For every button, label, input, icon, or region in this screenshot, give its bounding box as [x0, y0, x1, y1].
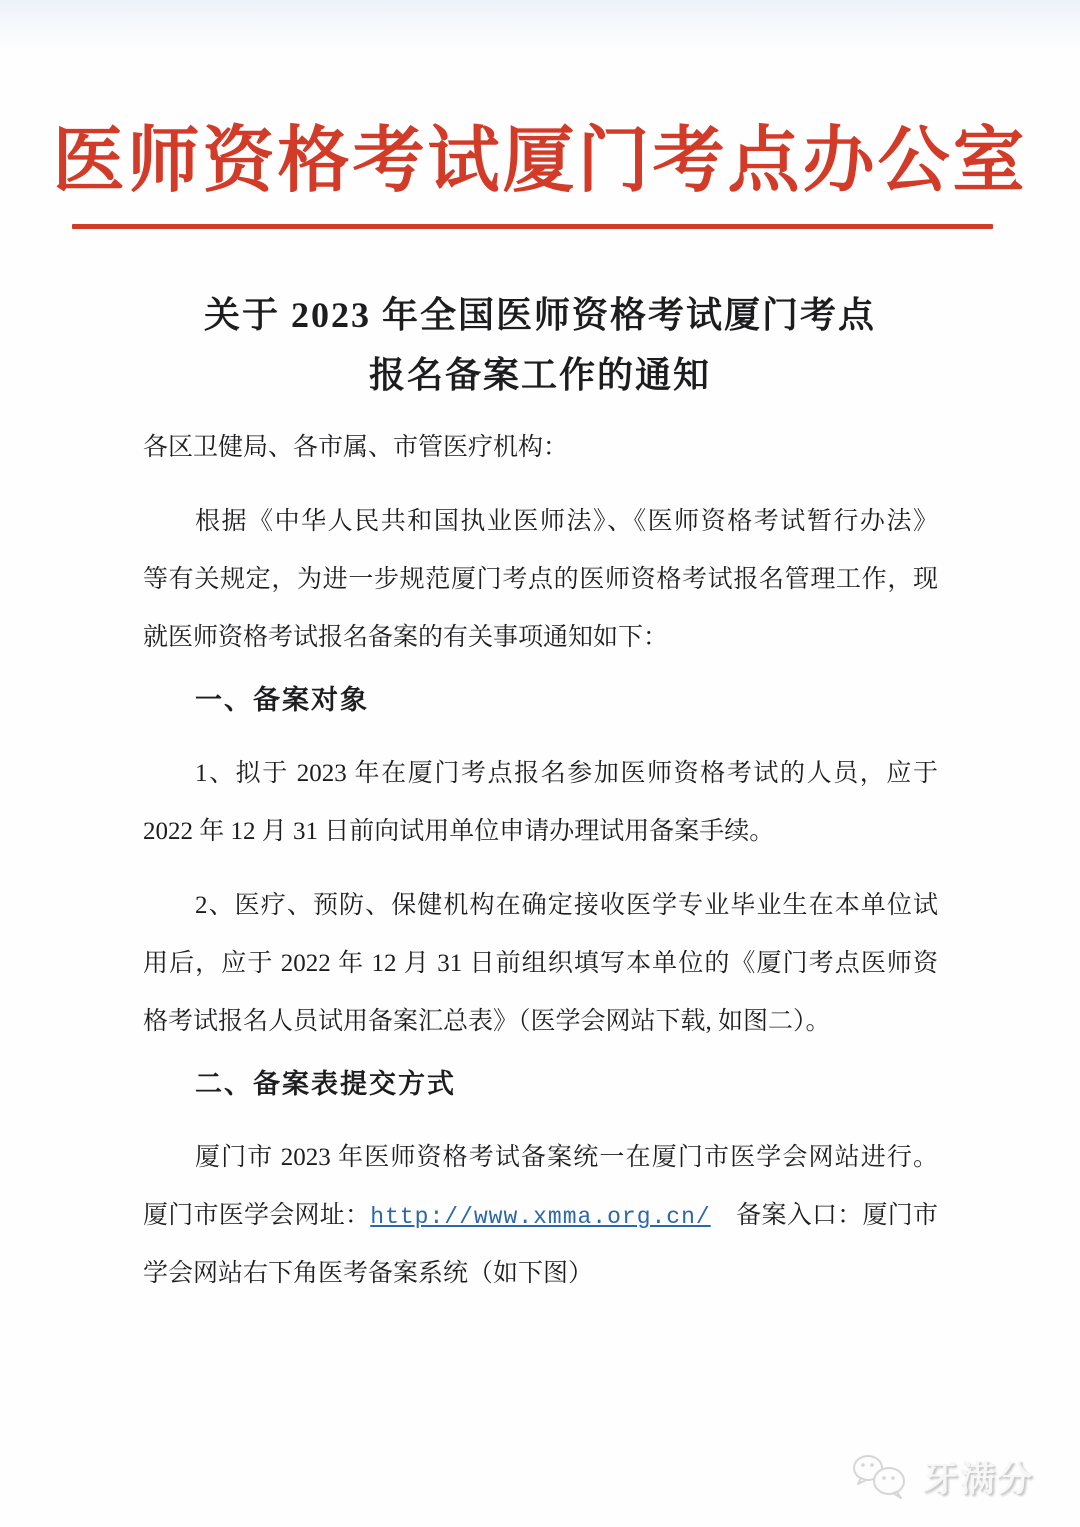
doc-title-line-2: 报名备案工作的通知: [0, 345, 1080, 405]
notice-body: 各区卫健局、各市属、市管医疗机构： 根据《中华人民共和国执业医师法》、《医师资格…: [143, 419, 938, 1303]
header-divider-line: [72, 224, 993, 229]
paragraph-item-1: 1、拟于 2023 年在厦门考点报名参加医师资格考试的人员，应于 2022 年 …: [143, 745, 938, 861]
document-title: 关于 2023 年全国医师资格考试厦门考点 报名备案工作的通知: [0, 285, 1080, 405]
paragraph-line: 2022 年 12 月 31 日前向试用单位申请办理试用备案手续。: [143, 803, 938, 861]
paragraph-line: 2、医疗、预防、保健机构在确定接收医学专业毕业生在本单位试: [143, 877, 938, 935]
paragraph-line: 等有关规定，为进一步规范厦门考点的医师资格考试报名管理工作，现: [143, 551, 938, 609]
paragraph-line: 学会网站右下角医考备案系统（如下图）: [143, 1245, 938, 1303]
paragraph-line: 就医师资格考试报名备案的有关事项通知如下：: [143, 609, 938, 667]
wechat-bubbles-icon: [849, 1451, 913, 1503]
paragraph-item-2: 2、医疗、预防、保健机构在确定接收医学专业毕业生在本单位试 用后，应于 2022…: [143, 877, 938, 1051]
office-header-title: 医师资格考试厦门考点办公室: [0, 0, 1080, 214]
watermark: 牙满分: [849, 1451, 1034, 1503]
paragraph-intro: 根据《中华人民共和国执业医师法》、《医师资格考试暂行办法》 等有关规定，为进一步…: [143, 493, 938, 667]
paragraph-line: 根据《中华人民共和国执业医师法》、《医师资格考试暂行办法》: [143, 493, 938, 551]
document-page: 医师资格考试厦门考点办公室 关于 2023 年全国医师资格考试厦门考点 报名备案…: [0, 0, 1080, 1527]
medical-association-url-link[interactable]: http://www.xmma.org.cn/: [370, 1204, 710, 1230]
paragraph-line: 1、拟于 2023 年在厦门考点报名参加医师资格考试的人员，应于: [143, 745, 938, 803]
paragraph-line: 厦门市 2023 年医师资格考试备案统一在厦门市医学会网站进行。: [143, 1129, 938, 1187]
paragraph-line: 格考试报名人员试用备案汇总表》（医学会网站下载, 如图二）。: [143, 993, 938, 1051]
paragraph-line-url: 厦门市医学会网址：http://www.xmma.org.cn/ 备案入口：厦门…: [143, 1187, 938, 1245]
url-label: 厦门市医学会网址：: [143, 1202, 370, 1229]
doc-title-line-1: 关于 2023 年全国医师资格考试厦门考点: [0, 285, 1080, 345]
watermark-text: 牙满分: [923, 1452, 1034, 1502]
paragraph-line: 用后，应于 2022 年 12 月 31 日前组织填写本单位的《厦门考点医师资: [143, 935, 938, 993]
section-heading-1: 一、备案对象: [143, 671, 938, 729]
section-heading-2: 二、备案表提交方式: [143, 1055, 938, 1113]
paragraph-submission: 厦门市 2023 年医师资格考试备案统一在厦门市医学会网站进行。 厦门市医学会网…: [143, 1129, 938, 1303]
salutation: 各区卫健局、各市属、市管医疗机构：: [143, 419, 938, 477]
